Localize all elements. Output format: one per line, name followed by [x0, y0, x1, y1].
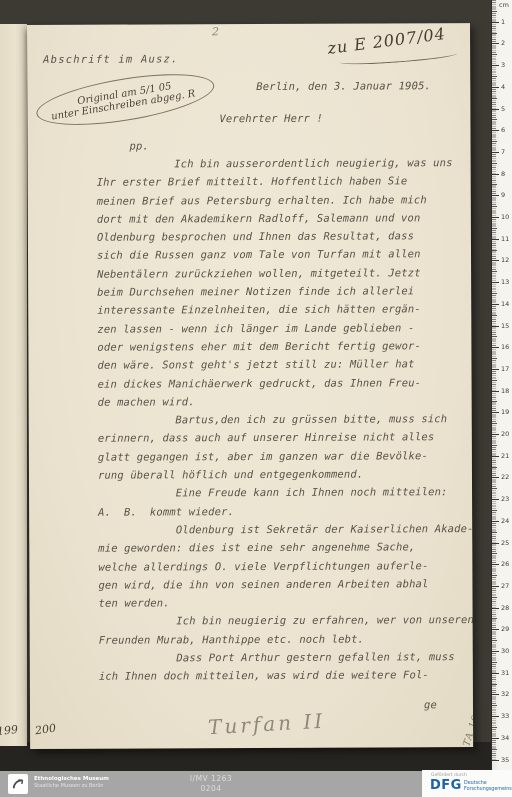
ruler-cm-tick [492, 174, 499, 175]
catalog-mark: TA 1045 [461, 685, 473, 747]
archive-reference-line2: 0204 [0, 784, 422, 794]
previous-page-edge: 199 [0, 24, 27, 746]
ruler-cm-tick [492, 694, 499, 695]
ruler-number: 22 [501, 473, 509, 481]
ruler-number: 8 [501, 170, 505, 178]
ruler-cm-tick [492, 760, 499, 761]
ruler-half-cm-tick [492, 293, 497, 294]
ruler-cm-tick [492, 543, 499, 544]
ruler-half-cm-tick [492, 228, 497, 229]
ruler-half-cm-tick [492, 553, 497, 554]
ruler-half-cm-tick [492, 684, 497, 685]
ruler-half-cm-tick [492, 467, 497, 468]
ruler-cm-tick [492, 109, 499, 110]
ruler-half-cm-tick [492, 662, 497, 663]
ruler-number: 30 [501, 647, 509, 655]
ruler-number: 6 [501, 126, 505, 134]
ruler-number: 17 [501, 365, 509, 373]
dfg-logo: DFG [430, 778, 462, 793]
archive-reference: I/MV 1263 0204 [0, 774, 422, 794]
ruler-half-cm-tick [492, 250, 497, 251]
ruler-number: 29 [501, 625, 509, 633]
ruler-half-cm-tick [492, 11, 497, 12]
ruler-half-cm-tick [492, 358, 497, 359]
ruler-cm-tick [492, 43, 499, 44]
footer-bar: Ethnologisches Museum Staatliche Museen … [0, 771, 512, 797]
ruler-cm-tick [492, 434, 499, 435]
ruler-half-cm-tick [492, 488, 497, 489]
ruler-number: 4 [501, 83, 505, 91]
ruler-half-cm-tick [492, 119, 497, 120]
ruler-half-cm-tick [492, 98, 497, 99]
ruler-number: 5 [501, 105, 505, 113]
ruler-half-cm-tick [492, 315, 497, 316]
ruler-cm-tick [492, 412, 499, 413]
ruler-number: 12 [501, 256, 509, 264]
ruler-cm-tick [492, 152, 499, 153]
ruler-half-cm-tick [492, 76, 497, 77]
ruler-cm-tick [492, 130, 499, 131]
ruler-half-cm-tick [492, 184, 497, 185]
ruler-number: 3 [501, 61, 505, 69]
ruler-half-cm-tick [492, 597, 497, 598]
ruler-cm-tick [492, 586, 499, 587]
ruler-cm-tick [492, 22, 499, 23]
ruler-number: 31 [501, 669, 509, 677]
copy-note: Abschrift im Ausz. [43, 53, 178, 66]
ruler-half-cm-tick [492, 33, 497, 34]
dateline: Berlin, den 3. Januar 1905. [256, 80, 431, 93]
ruler-cm-tick [492, 282, 499, 283]
previous-page-number: 199 [0, 723, 19, 738]
ruler-cm-tick [492, 326, 499, 327]
ruler-cm-tick [492, 521, 499, 522]
ruler-number: 19 [501, 408, 509, 416]
ruler-number: 9 [501, 191, 505, 199]
ruler-half-cm-tick [492, 640, 497, 641]
ruler-cm-tick [492, 673, 499, 674]
ruler-cm-tick [492, 608, 499, 609]
letter-page: Abschrift im Ausz. Original am 5/1 05 un… [27, 23, 473, 749]
ruler-cm-tick [492, 195, 499, 196]
ruler-number: 20 [501, 430, 509, 438]
ruler-cm-tick [492, 87, 499, 88]
ruler-half-cm-tick [492, 54, 497, 55]
ruler-cm-tick [492, 217, 499, 218]
ruler-half-cm-tick [492, 206, 497, 207]
ruler-half-cm-tick [492, 163, 497, 164]
salutation-abbreviation: pp. [130, 140, 149, 152]
ruler-unit-label: cm [499, 1, 509, 9]
ruler-cm-tick [492, 738, 499, 739]
ruler-number: 1 [501, 18, 505, 26]
ruler-number: 7 [501, 148, 505, 156]
ruler-half-cm-tick [492, 705, 497, 706]
collection-mark-turfan: Turfan II [207, 709, 325, 740]
registration-note: Original am 5/1 05 unter Einschreiben ab… [33, 64, 217, 134]
ruler-half-cm-tick [492, 618, 497, 619]
ruler-half-cm-tick [492, 749, 497, 750]
ruler-number: 35 [501, 756, 509, 764]
ruler-cm-tick [492, 564, 499, 565]
ruler-half-cm-tick [492, 575, 497, 576]
ruler-half-cm-tick [492, 401, 497, 402]
ruler-number: 16 [501, 343, 509, 351]
ruler-scale: cm12345678910111213141516171819202122232… [491, 0, 512, 771]
ruler-half-cm-tick [492, 445, 497, 446]
ruler-cm-tick [492, 347, 499, 348]
catchword-syllable: ge [424, 699, 437, 711]
ruler-number: 23 [501, 495, 509, 503]
dfg-name-line2: Forschungsgemeinschaft [464, 787, 512, 793]
dfg-logo-box: Gefördert durch DFG Deutsche Forschungsg… [422, 770, 512, 797]
ruler-cm-tick [492, 629, 499, 630]
ruler-number: 2 [501, 39, 505, 47]
ruler-half-cm-tick [492, 510, 497, 511]
ruler-cm-tick [492, 716, 499, 717]
ruler-number: 33 [501, 712, 509, 720]
dfg-name-block: Deutsche Forschungsgemeinschaft [464, 781, 512, 793]
ruler-half-cm-tick [492, 336, 497, 337]
ruler-cm-tick [492, 239, 499, 240]
ruler-number: 14 [501, 300, 509, 308]
ruler-cm-tick [492, 260, 499, 261]
ruler-number: 13 [501, 278, 509, 286]
salutation: Verehrter Herr ! [219, 113, 323, 125]
ruler-cm-tick [492, 65, 499, 66]
archive-reference-line1: I/MV 1263 [0, 774, 422, 784]
ink-page-number: 200 [34, 721, 57, 737]
ruler-cm-tick [492, 456, 499, 457]
ruler-half-cm-tick [492, 271, 497, 272]
ruler-number: 32 [501, 690, 509, 698]
ruler-half-cm-tick [492, 727, 497, 728]
ruler-half-cm-tick [492, 423, 497, 424]
ruler-half-cm-tick [492, 532, 497, 533]
ruler-half-cm-tick [492, 380, 497, 381]
ruler-number: 27 [501, 582, 509, 590]
ruler-number: 15 [501, 322, 509, 330]
ruler-number: 28 [501, 604, 509, 612]
ruler-cm-tick [492, 651, 499, 652]
ruler-cm-tick [492, 391, 499, 392]
pencil-page-number: 2 [212, 25, 219, 38]
ruler-half-cm-tick [492, 141, 497, 142]
ruler-number: 11 [501, 235, 509, 243]
ruler-number: 21 [501, 452, 509, 460]
ruler-cm-tick [492, 477, 499, 478]
ruler-number: 18 [501, 387, 509, 395]
letter-body: Ich bin ausserordentlich neugierig, was … [97, 154, 459, 686]
ruler-cm-tick [492, 369, 499, 370]
ruler-number: 26 [501, 560, 509, 568]
ruler-cm-tick [492, 304, 499, 305]
ruler-cm-tick [492, 499, 499, 500]
ruler-number: 34 [501, 734, 509, 742]
ruler-number: 25 [501, 539, 509, 547]
ruler-number: 24 [501, 517, 509, 525]
ruler-number: 10 [501, 213, 509, 221]
